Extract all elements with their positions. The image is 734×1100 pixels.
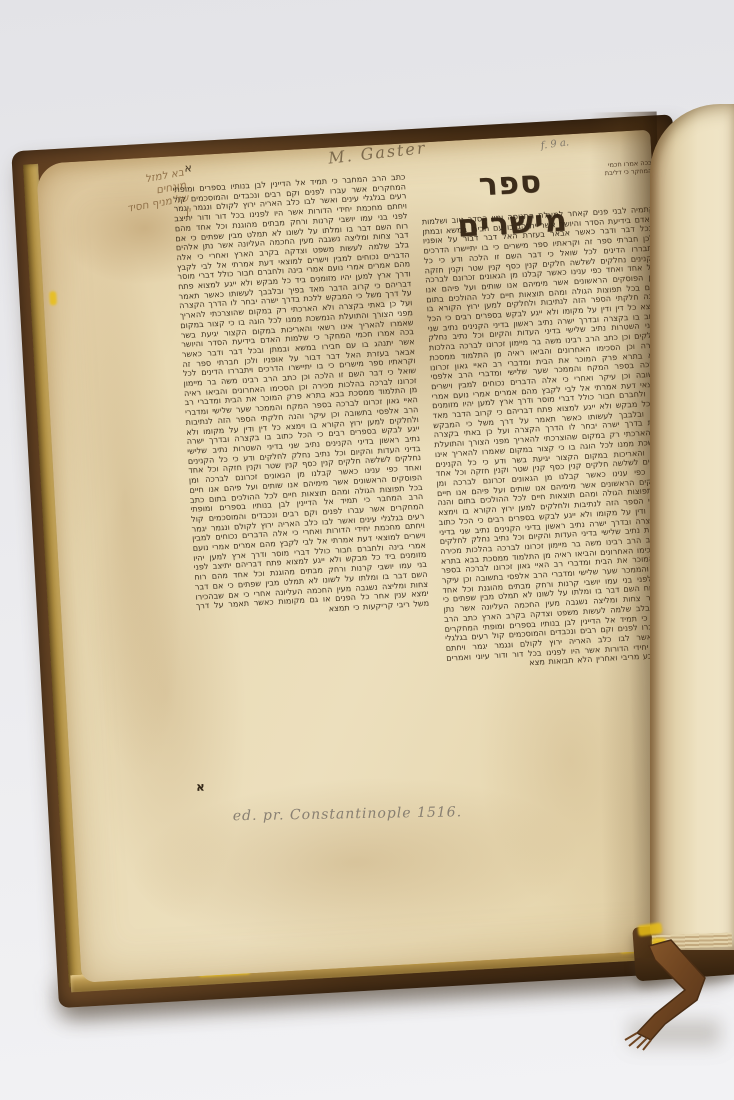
left-text-column: כתב הרב המחבר כי תמיד אל הדיינין לבן בנו… — [172, 172, 439, 802]
facing-page-stack — [650, 104, 734, 950]
margin-handwritten-note: בא למזל מונחים של מניף חסיד ין — [61, 166, 192, 239]
photograph-of-open-book: א f. 9 a. M. Gaster בא למזל מונחים של מנ… — [0, 0, 734, 1100]
left-column-body: כתב הרב המחבר כי תמיד אל הדיינין לבן בנו… — [172, 172, 429, 621]
yellow-edge-stain — [49, 291, 57, 305]
quire-signature-mark: א — [196, 780, 206, 794]
ribbon-shape — [637, 940, 705, 1040]
folio-letter-mark: א — [184, 161, 192, 174]
pencil-folio-note: f. 9 a. — [540, 137, 570, 151]
binding-ribbon-tie — [615, 928, 734, 1078]
